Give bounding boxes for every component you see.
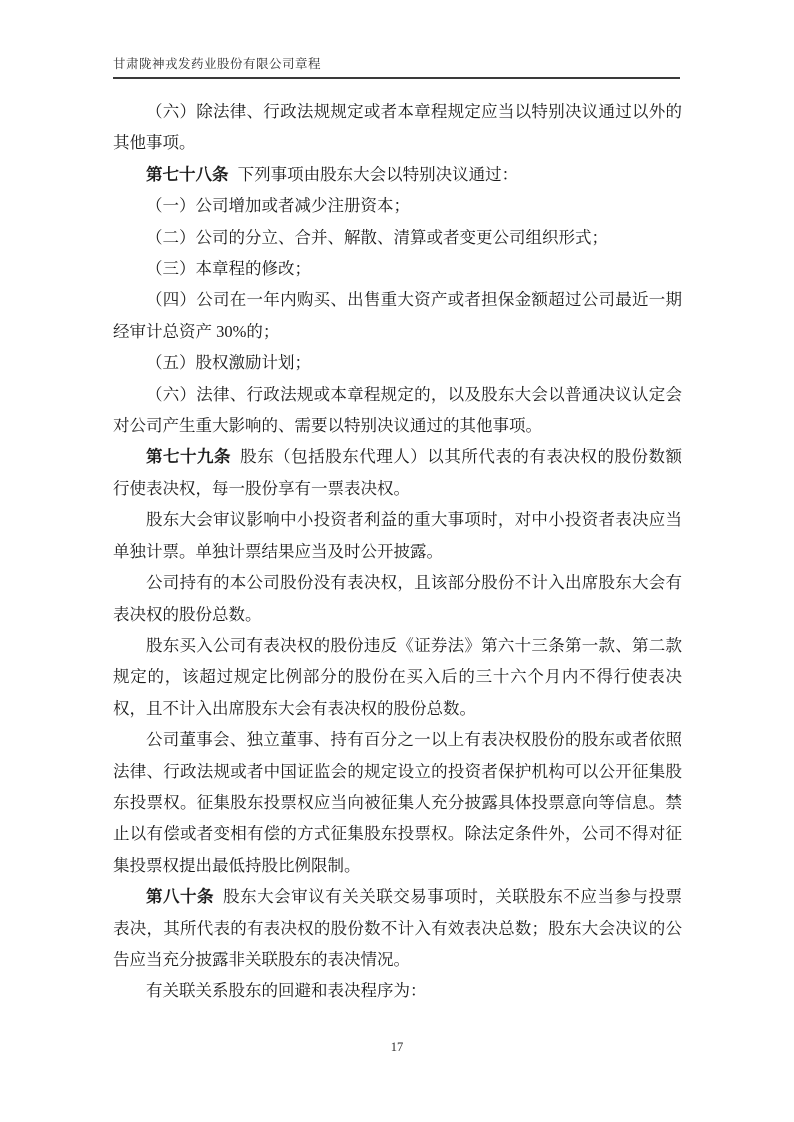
- article-number: 第八十条: [146, 887, 214, 906]
- paragraph-text: （六）法律、行政法规或本章程规定的，以及股东大会以普通决议认定会对公司产生重大影…: [113, 385, 682, 435]
- paragraph: 第七十九条股东（包括股东代理人）以其所代表的有表决权的股份数额行使表决权，每一股…: [113, 441, 682, 504]
- document-body: （六）除法律、行政法规规定或者本章程规定应当以特别决议通过以外的其他事项。 第七…: [113, 96, 682, 1007]
- paragraph-text: 股东大会审议影响中小投资者利益的重大事项时，对中小投资者表决应当单独计票。单独计…: [113, 510, 682, 560]
- page-header: 甘肃陇神戎发药业股份有限公司章程: [113, 54, 680, 79]
- paragraph-text: 有关联关系股东的回避和表决程序为：: [146, 981, 427, 1000]
- paragraph: （六）除法律、行政法规规定或者本章程规定应当以特别决议通过以外的其他事项。: [113, 96, 682, 159]
- paragraph: 股东买入公司有表决权的股份违反《证券法》第六十三条第一款、第二款规定的，该超过规…: [113, 630, 682, 724]
- paragraph: （五）股权激励计划；: [113, 347, 682, 378]
- paragraph-text: 公司持有的本公司股份没有表决权，且该部分股份不计入出席股东大会有表决权的股份总数…: [113, 573, 682, 623]
- document-page: 甘肃陇神戎发药业股份有限公司章程 （六）除法律、行政法规规定或者本章程规定应当以…: [0, 0, 794, 1122]
- paragraph-text: （一）公司增加或者减少注册资本；: [146, 196, 410, 215]
- paragraph-text: （二）公司的分立、合并、解散、清算或者变更公司组织形式；: [146, 228, 608, 247]
- paragraph: 公司董事会、独立董事、持有百分之一以上有表决权股份的股东或者依照法律、行政法规或…: [113, 724, 682, 881]
- article-number: 第七十九条: [146, 447, 231, 466]
- paragraph-text: （四）公司在一年内购买、出售重大资产或者担保金额超过公司最近一期经审计总资产 3…: [113, 290, 682, 340]
- paragraph: 第七十八条下列事项由股东大会以特别决议通过：: [113, 159, 682, 190]
- paragraph: 公司持有的本公司股份没有表决权，且该部分股份不计入出席股东大会有表决权的股份总数…: [113, 567, 682, 630]
- paragraph-text: （三）本章程的修改；: [146, 259, 311, 278]
- paragraph: （四）公司在一年内购买、出售重大资产或者担保金额超过公司最近一期经审计总资产 3…: [113, 284, 682, 347]
- paragraph: （二）公司的分立、合并、解散、清算或者变更公司组织形式；: [113, 222, 682, 253]
- header-title: 甘肃陇神戎发药业股份有限公司章程: [113, 57, 321, 71]
- paragraph: （三）本章程的修改；: [113, 253, 682, 284]
- paragraph: 第八十条股东大会审议有关关联交易事项时，关联股东不应当参与投票表决，其所代表的有…: [113, 881, 682, 975]
- paragraph-text: （五）股权激励计划；: [146, 353, 311, 372]
- paragraph-text: 下列事项由股东大会以特别决议通过：: [238, 165, 519, 184]
- paragraph: 股东大会审议影响中小投资者利益的重大事项时，对中小投资者表决应当单独计票。单独计…: [113, 504, 682, 567]
- paragraph: （六）法律、行政法规或本章程规定的，以及股东大会以普通决议认定会对公司产生重大影…: [113, 379, 682, 442]
- paragraph: （一）公司增加或者减少注册资本；: [113, 190, 682, 221]
- article-number: 第七十八条: [146, 165, 229, 184]
- paragraph-text: 公司董事会、独立董事、持有百分之一以上有表决权股份的股东或者依照法律、行政法规或…: [113, 730, 682, 875]
- paragraph: 有关联关系股东的回避和表决程序为：: [113, 975, 682, 1006]
- paragraph-text: （六）除法律、行政法规规定或者本章程规定应当以特别决议通过以外的其他事项。: [113, 102, 682, 152]
- page-footer: 17: [0, 1040, 794, 1055]
- paragraph-text: 股东买入公司有表决权的股份违反《证券法》第六十三条第一款、第二款规定的，该超过规…: [113, 636, 682, 718]
- page-number: 17: [391, 1040, 404, 1054]
